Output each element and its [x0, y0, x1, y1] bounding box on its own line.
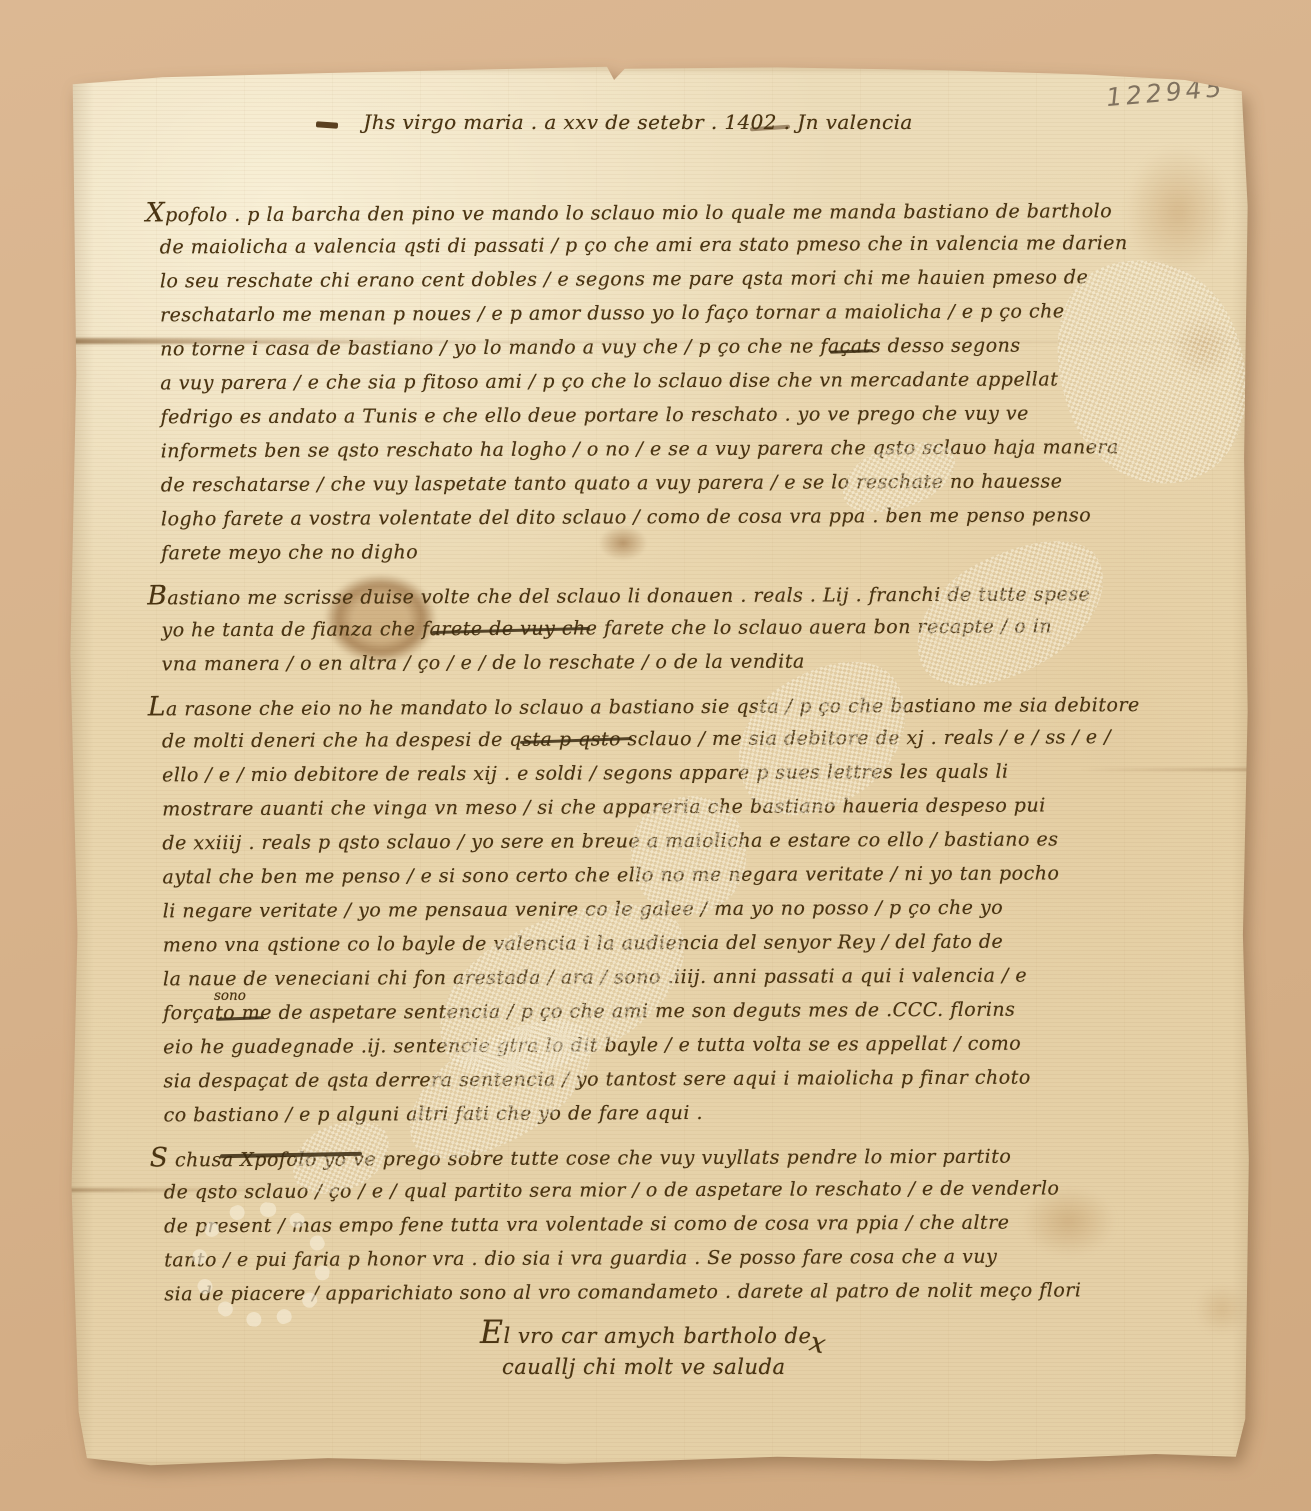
text-line: ello / e / mio debitore de reals xij . e…	[162, 754, 1228, 793]
text-line: yo he tanta de fianza che farete de vuy …	[161, 609, 1227, 648]
text-line: vna manera / o en altra / ço / e / de lo…	[162, 643, 1228, 682]
signature-line: cauallj chi molt ve saluda	[502, 1348, 811, 1382]
interlinear-insertion: sono	[214, 988, 246, 1004]
paragraph-4: S chusa Xpofolo yo ve prego sobre tutte …	[164, 1137, 1231, 1312]
text-line: forçato me de aspetare sentencia / p ço …	[163, 992, 1229, 1031]
ink-mark	[316, 121, 338, 129]
text-line: de maiolicha a valencia qsti di passati …	[160, 226, 1226, 265]
text-line: Bastiano me scrisse duise volte che del …	[147, 575, 1227, 614]
archive-number: 122945	[1105, 73, 1227, 112]
text-line: de qsto sclauo / ço / e / qual partito s…	[164, 1171, 1230, 1210]
paper-edge-left	[68, 66, 94, 1468]
signature-block: El vro car amych bartholo de cauallj chi…	[480, 1314, 811, 1382]
paper-edge-top	[68, 66, 1250, 75]
text-line: fedrigo es andato a Tunis e che ello deu…	[160, 396, 1226, 435]
letter-body: Xpofolo . p la barcha den pino ve mando …	[160, 192, 1231, 1321]
text-line: co bastiano / e p alguni altri fati che …	[163, 1094, 1229, 1133]
text-line: a vuy parera / e che sia p fitoso ami / …	[160, 362, 1226, 401]
text-line: sia despaçat de qsta derrera sentencia /…	[163, 1060, 1229, 1099]
text-line: la naue de veneciani chi fon arestada / …	[163, 958, 1229, 997]
text-line: mostrare auanti che vinga vn meso / si c…	[162, 788, 1228, 827]
text-line: aytal che ben me penso / e si sono certo…	[162, 856, 1228, 895]
text-line: Xpofolo . p la barcha den pino ve mando …	[146, 192, 1226, 231]
text-line: de present / mas empo fene tutta vra vol…	[164, 1205, 1230, 1244]
text-line: eio he guadegnade .ij. sentencie gtra lo…	[163, 1026, 1229, 1065]
paper-shadow: 122945 Jhs virgo maria . a xxv de setebr…	[0, 0, 1311, 1511]
signature-line: El vro car amych bartholo de	[480, 1314, 811, 1348]
text-line: lo seu reschate chi erano cent dobles / …	[160, 260, 1226, 299]
text-line: meno vna qstione co lo bayle de valencia…	[163, 924, 1229, 963]
paper-edge-right	[1232, 66, 1250, 1468]
text-line: sia de piacere / apparichiato sono al vr…	[164, 1273, 1230, 1312]
paragraph-2: Bastiano me scrisse duise volte che del …	[161, 575, 1227, 682]
text-line: no torne i casa de bastiano / yo lo mand…	[160, 328, 1226, 367]
paper-edge-bottom	[68, 1458, 1250, 1468]
text-line: reschatarlo me menan p noues / e p amor …	[160, 294, 1226, 333]
text-line: La rasone che eio no he mandato lo sclau…	[148, 686, 1228, 725]
paragraph-3: La rasone che eio no he mandato lo sclau…	[162, 686, 1230, 1133]
text-line: de xxiiij . reals p qsto sclauo / yo ser…	[162, 822, 1228, 861]
text-line: logho farete a vostra volentate del dito…	[161, 498, 1227, 537]
letter-heading: Jhs virgo maria . a xxv de setebr . 1402…	[358, 110, 918, 134]
text-line: farete meyo che no digho	[161, 532, 1227, 571]
text-line: li negare veritate / yo me pensaua venir…	[163, 890, 1229, 929]
text-line: informets ben se qsto reschato ha logho …	[161, 430, 1227, 469]
manuscript-scan: 122945 Jhs virgo maria . a xxv de setebr…	[0, 0, 1311, 1511]
text-line: tanto / e pui faria p honor vra . dio si…	[164, 1239, 1230, 1278]
paragraph-1: Xpofolo . p la barcha den pino ve mando …	[160, 192, 1228, 571]
text-line: de reschatarse / che vuy laspetate tanto…	[161, 464, 1227, 503]
manuscript-page: 122945 Jhs virgo maria . a xxv de setebr…	[68, 66, 1250, 1468]
text-line: de molti deneri che ha despesi de qsta p…	[162, 720, 1228, 759]
